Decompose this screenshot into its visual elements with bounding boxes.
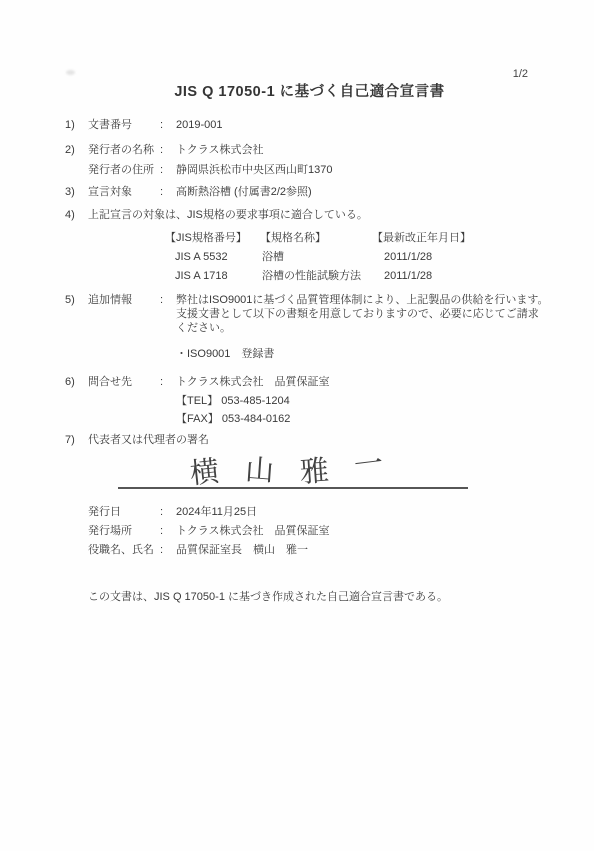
item-number: 4)	[65, 208, 88, 223]
item-number: 5)	[65, 293, 88, 362]
conformity-statement-row: 4) 上記宣言の対象は、JIS規格の要求事項に適合している。	[65, 208, 554, 223]
item-number: 6)	[65, 375, 88, 427]
role-name-label: 役職名、氏名	[88, 543, 160, 558]
declaration-document-page: 1/2 JIS Q 17050-1 に基づく自己適合宣言書 1) 文書番号 : …	[0, 0, 594, 851]
signature-char: 横	[189, 456, 221, 489]
conformity-statement-text: 上記宣言の対象は、JIS規格の要求事項に適合している。	[88, 208, 554, 223]
item-number: 7)	[65, 433, 88, 448]
issuer-address-row: 発行者の住所 : 静岡県浜松市中央区西山町1370	[65, 163, 554, 178]
item-number: 1)	[65, 118, 88, 133]
tel-line: 【TEL】 053-485-1204	[176, 394, 554, 409]
separator-colon: :	[160, 118, 176, 133]
issuer-name-label: 発行者の名称	[88, 143, 160, 158]
document-title: JIS Q 17050-1 に基づく自己適合宣言書	[65, 0, 554, 101]
scan-ink-smudge	[66, 70, 75, 75]
standard-name-cell: 浴槽	[260, 250, 372, 265]
separator-colon: :	[160, 293, 176, 362]
page-number: 1/2	[513, 68, 528, 80]
separator-colon: :	[160, 163, 176, 178]
standards-table-header-revision: 【最新改正年月日】	[372, 231, 492, 246]
separator-colon: :	[160, 524, 176, 539]
issue-date-row: 発行日 : 2024年11月25日	[65, 505, 554, 520]
contact-details: トクラス株式会社 品質保証室 【TEL】 053-485-1204 【FAX】 …	[176, 375, 554, 427]
doc-number-label: 文書番号	[88, 118, 160, 133]
standard-revision-cell: 2011/1/28	[372, 250, 492, 265]
contact-value: トクラス株式会社 品質保証室	[176, 375, 554, 390]
item-number: 2)	[65, 143, 88, 158]
standards-table-header-name: 【規格名称】	[260, 231, 372, 246]
item-number-spacer	[65, 524, 88, 539]
issue-place-label: 発行場所	[88, 524, 160, 539]
additional-info-row: 5) 追加情報 : 弊社はISO9001に基づく品質管理体制により、上記製品の供…	[65, 293, 554, 362]
closing-note: この文書は、JIS Q 17050-1 に基づき作成された自己適合宣言書である。	[88, 590, 554, 605]
declaration-target-row: 3) 宣言対象 : 高断熱浴槽 (付属書2/2参照)	[65, 185, 554, 200]
contact-label: 問合せ先	[88, 375, 160, 427]
item-number-spacer	[65, 163, 88, 178]
separator-colon: :	[160, 375, 176, 427]
issue-date-label: 発行日	[88, 505, 160, 520]
issuer-address-label: 発行者の住所	[88, 163, 160, 178]
declaration-target-label: 宣言対象	[88, 185, 160, 200]
doc-number-row: 1) 文書番号 : 2019-001	[65, 118, 554, 133]
handwritten-signature: 横 山 雅 一	[118, 452, 468, 489]
doc-number-value: 2019-001	[176, 118, 554, 133]
role-name-value: 品質保証室長 横山 雅一	[176, 543, 554, 558]
standards-table: 【JIS規格番号】 【規格名称】 【最新改正年月日】 JIS A 5532 浴槽…	[165, 231, 554, 284]
fax-line: 【FAX】 053-484-0162	[176, 412, 554, 427]
issuer-address-value: 静岡県浜松市中央区西山町1370	[176, 163, 554, 178]
separator-colon: :	[160, 543, 176, 558]
standards-table-header-number: 【JIS規格番号】	[165, 231, 260, 246]
additional-info-label: 追加情報	[88, 293, 160, 362]
issuer-name-value: トクラス株式会社	[176, 143, 554, 158]
contact-row: 6) 問合せ先 : トクラス株式会社 品質保証室 【TEL】 053-485-1…	[65, 375, 554, 427]
additional-info-line: 弊社はISO9001に基づく品質管理体制により、上記製品の供給を行います。	[176, 293, 554, 307]
separator-colon: :	[160, 143, 176, 158]
role-name-row: 役職名、氏名 : 品質保証室長 横山 雅一	[65, 543, 554, 558]
standard-name-cell: 浴槽の性能試験方法	[260, 269, 372, 284]
item-number-spacer	[65, 505, 88, 520]
issue-place-row: 発行場所 : トクラス株式会社 品質保証室	[65, 524, 554, 539]
signature-char: 一	[352, 447, 384, 480]
item-number-spacer	[65, 543, 88, 558]
standard-revision-cell: 2011/1/28	[372, 269, 492, 284]
additional-info-line: 支援文書として以下の書類を用意しておりますので、必要に応じてご請求	[176, 307, 554, 321]
signature-char: 山	[244, 454, 275, 486]
issuer-name-row: 2) 発行者の名称 : トクラス株式会社	[65, 143, 554, 158]
signature-char: 雅	[299, 455, 330, 487]
issue-date-value: 2024年11月25日	[176, 505, 554, 520]
standard-number-cell: JIS A 5532	[165, 250, 260, 265]
additional-info-line: ください。	[176, 321, 554, 335]
standard-number-cell: JIS A 1718	[165, 269, 260, 284]
declaration-target-value: 高断熱浴槽 (付属書2/2参照)	[176, 185, 554, 200]
iso-registration-doc-ref: ・ISO9001 登録書	[176, 347, 554, 362]
document-content: JIS Q 17050-1 に基づく自己適合宣言書 1) 文書番号 : 2019…	[0, 0, 594, 605]
separator-colon: :	[160, 505, 176, 520]
separator-colon: :	[160, 185, 176, 200]
signature-section-row: 7) 代表者又は代理者の署名	[65, 433, 554, 448]
issue-place-value: トクラス株式会社 品質保証室	[176, 524, 554, 539]
item-number: 3)	[65, 185, 88, 200]
signature-section-label: 代表者又は代理者の署名	[88, 433, 554, 448]
additional-info-text: 弊社はISO9001に基づく品質管理体制により、上記製品の供給を行います。 支援…	[176, 293, 554, 362]
